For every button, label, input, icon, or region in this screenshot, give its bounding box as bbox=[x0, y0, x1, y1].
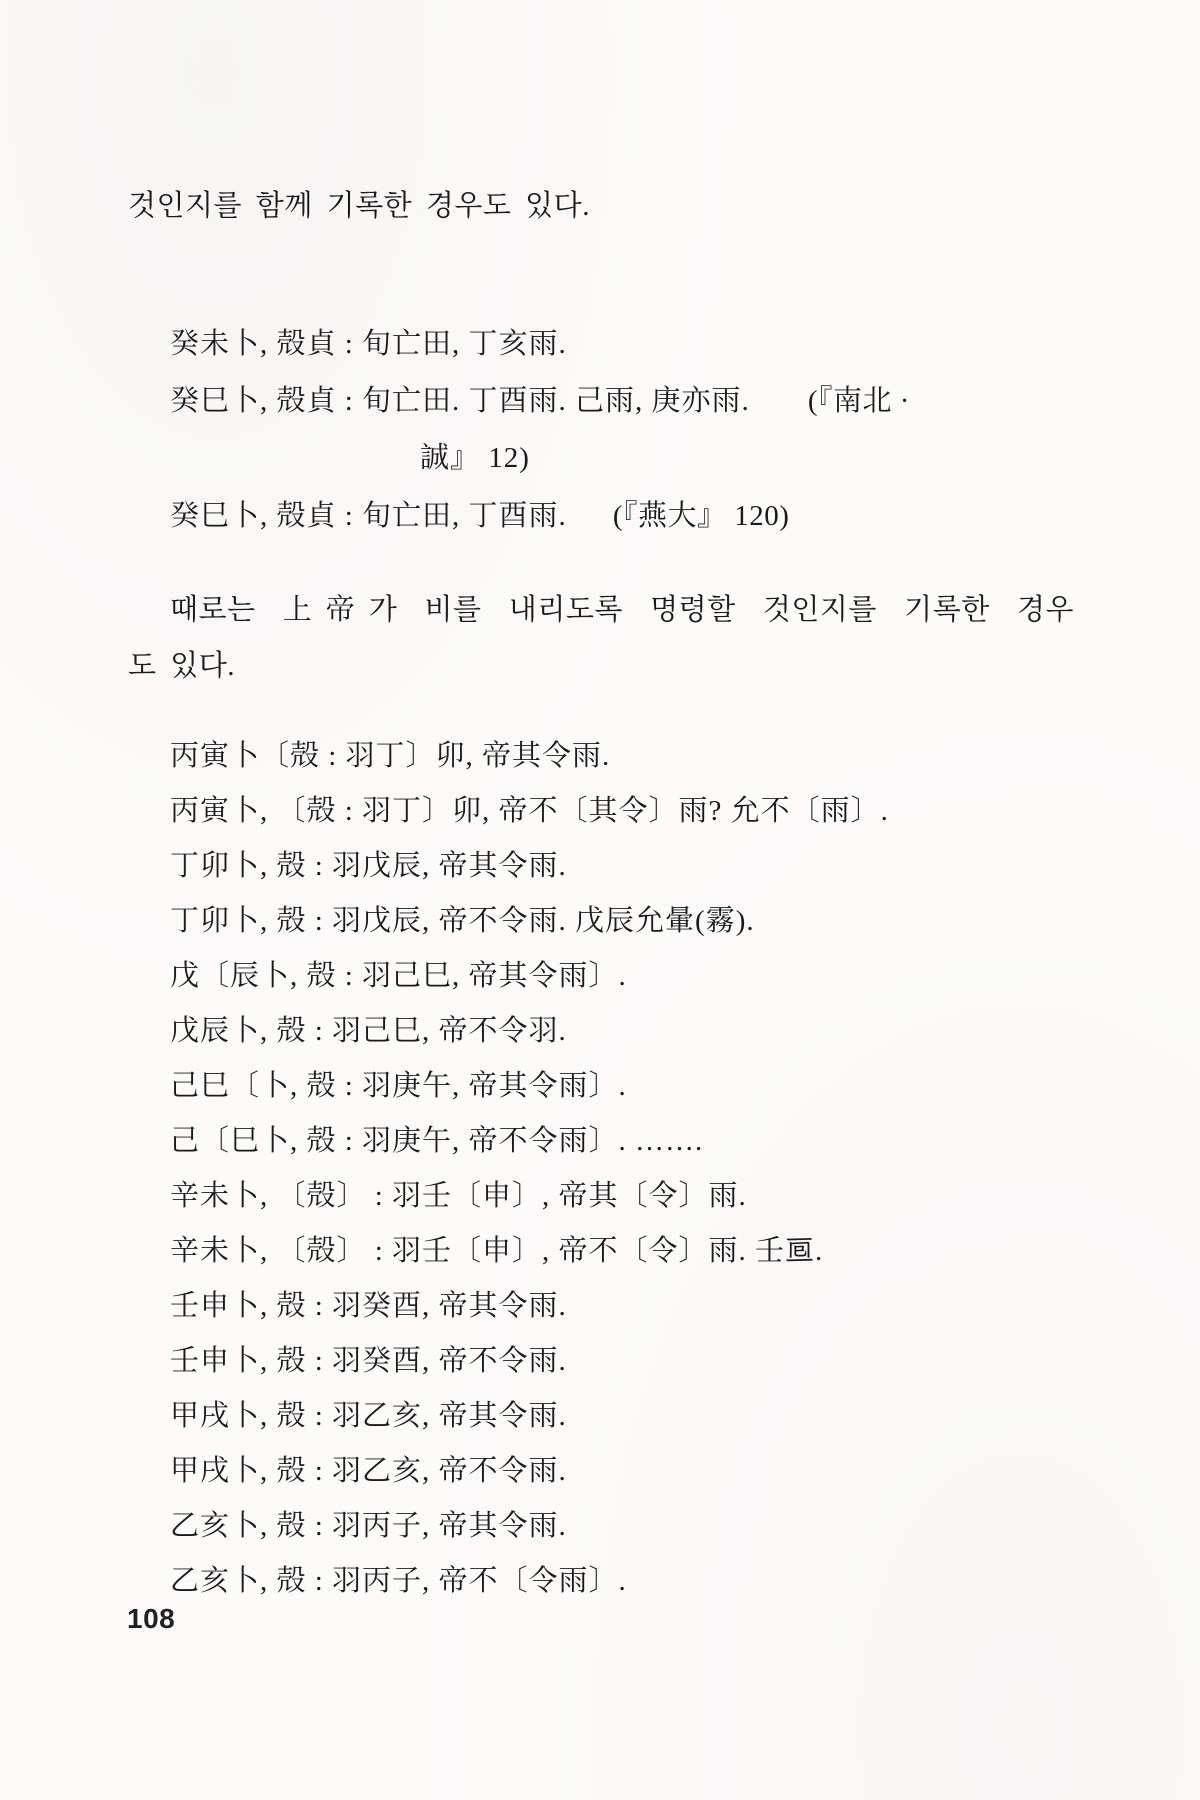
oracle-line: 辛未卜, 〔殻〕 : 羽壬〔申〕, 帝其〔令〕雨. bbox=[170, 1182, 747, 1211]
oracle-line: 戊〔辰卜, 殻 : 羽己巳, 帝其令雨〕. bbox=[170, 962, 627, 991]
source-reference: (『燕大』 120) bbox=[613, 502, 790, 531]
oracle-line: 丁卯卜, 殻 : 羽戊辰, 帝不令雨. 戊辰允暈(霧). bbox=[170, 907, 755, 936]
paragraph-intro: 것인지를 함께 기록한 경우도 있다. bbox=[128, 192, 1072, 221]
oracle-line-text: 癸巳卜, 殻貞 : 旬亡田, 丁酉雨. bbox=[170, 500, 567, 532]
oracle-line: 壬申卜, 殻 : 羽癸酉, 帝其令雨. bbox=[170, 1292, 567, 1321]
oracle-quote-block-2: 丙寅卜〔殻 : 羽丁〕卯, 帝其令雨. 丙寅卜, 〔殻 : 羽丁〕卯, 帝不〔其… bbox=[170, 742, 1080, 1622]
oracle-line: 癸巳卜, 殻貞 : 旬亡田, 丁酉雨.(『燕大』 120) bbox=[170, 502, 789, 531]
oracle-quote-block-1: 癸未卜, 殻貞 : 旬亡田, 丁亥雨. 癸巳卜, 殻貞 : 旬亡田. 丁酉雨. … bbox=[170, 330, 1080, 550]
oracle-line: 甲戌卜, 殻 : 羽乙亥, 帝其令雨. bbox=[170, 1402, 567, 1431]
oracle-line: 丙寅卜, 〔殻 : 羽丁〕卯, 帝不〔其令〕雨? 允不〔雨〕. bbox=[170, 797, 889, 826]
oracle-line: 丁卯卜, 殻 : 羽戊辰, 帝其令雨. bbox=[170, 852, 567, 881]
oracle-line: 丙寅卜〔殻 : 羽丁〕卯, 帝其令雨. bbox=[170, 742, 610, 771]
oracle-line-text: 癸巳卜, 殻貞 : 旬亡田. 丁酉雨. 己雨, 庚亦雨. bbox=[170, 385, 750, 417]
oracle-line: 辛未卜, 〔殻〕 : 羽壬〔申〕, 帝不〔令〕雨. 壬𠄢. bbox=[170, 1237, 823, 1266]
oracle-line: 甲戌卜, 殻 : 羽乙亥, 帝不令雨. bbox=[170, 1457, 567, 1486]
oracle-line: 壬申卜, 殻 : 羽癸酉, 帝不令雨. bbox=[170, 1347, 567, 1376]
oracle-line: 癸未卜, 殻貞 : 旬亡田, 丁亥雨. bbox=[170, 330, 567, 359]
paragraph-body-line1: 때로는 上帝가 비를 내리도록 명령할 것인지를 기록한 경우 bbox=[128, 596, 1074, 625]
source-reference: (『南北 · bbox=[808, 387, 910, 416]
oracle-line: 己〔巳卜, 殻 : 羽庚午, 帝不令雨〕. ……. bbox=[170, 1127, 703, 1156]
oracle-line: 己巳〔卜, 殻 : 羽庚午, 帝其令雨〕. bbox=[170, 1072, 627, 1101]
oracle-line: 戊辰卜, 殻 : 羽己巳, 帝不令羽. bbox=[170, 1017, 567, 1046]
oracle-line: 乙亥卜, 殻 : 羽丙子, 帝其令雨. bbox=[170, 1512, 567, 1541]
oracle-line: 乙亥卜, 殻 : 羽丙子, 帝不〔令雨〕. bbox=[170, 1567, 627, 1596]
source-reference-continuation: 誠』 12) bbox=[420, 444, 530, 473]
oracle-line: 癸巳卜, 殻貞 : 旬亡田. 丁酉雨. 己雨, 庚亦雨.(『南北 · bbox=[170, 387, 910, 416]
page-number: 108 bbox=[127, 1603, 175, 1635]
scanned-book-page: 것인지를 함께 기록한 경우도 있다. 癸未卜, 殻貞 : 旬亡田, 丁亥雨. … bbox=[0, 0, 1200, 1800]
paragraph-body-line2: 도 있다. bbox=[128, 652, 1072, 681]
